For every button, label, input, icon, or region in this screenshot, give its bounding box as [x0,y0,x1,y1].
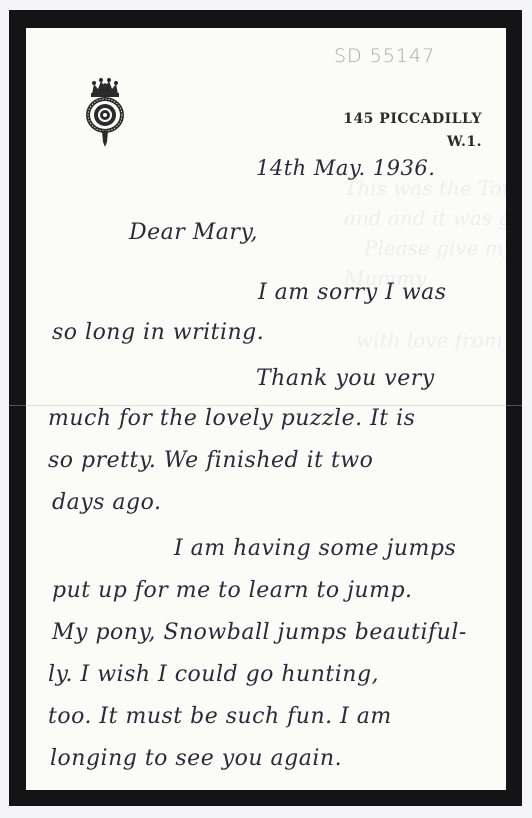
bleed-through-line: and and it was good fun [344,206,506,230]
letter-line: much for the lovely puzzle. It is [48,406,415,431]
salutation: Dear Mary, [129,220,258,245]
letter-line: Thank you very [256,366,435,391]
letterhead-address: 145 PICCADILLY W.1. [343,108,482,154]
letter-date: 14th May. 1936. [256,156,435,180]
archive-reference-number: SD 55147 [334,45,435,67]
address-postcode: W.1. [343,131,482,154]
letter-line: My pony, Snowball jumps beautiful- [52,620,467,645]
address-street: 145 PICCADILLY [343,108,482,131]
letter-line: so pretty. We finished it two [48,448,373,473]
letter-line: so long in writing. [52,320,264,345]
letter-line: put up for me to learn to jump. [52,578,413,603]
letter-line: I am having some jumps [174,536,456,561]
crowned-garter-rose-crest-icon [84,76,126,148]
letter-line: days ago. [52,490,161,515]
letter-paper: This was the Tournament last and and it … [26,28,506,790]
letter-line: longing to see you again. [50,746,342,771]
letter-line: too. It must be such fun. I am [48,704,392,729]
letter-line: ly. I wish I could go hunting, [48,662,379,687]
bleed-through-line: Please give my love to your [364,236,506,260]
bleed-through-line: with love from [356,328,503,352]
letter-line: I am sorry I was [258,280,447,305]
